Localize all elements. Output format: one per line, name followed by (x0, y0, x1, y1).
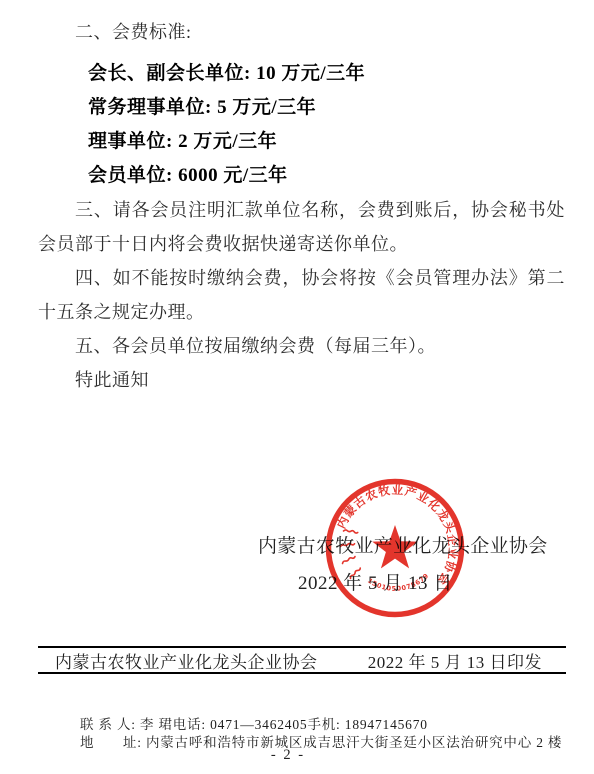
paragraph-payment-term: 五、各会员单位按届缴纳会费（每届三年）。 (38, 329, 565, 363)
page-number: - 2 - (0, 747, 585, 764)
seal-graphic: 内蒙古农牧业产业化龙头企业协会 1501050078679 (323, 476, 467, 620)
paragraph-remittance-receipt: 三、请各会员注明汇款单位名称，会费到账后，协会秘书处会员部于十日内将会费收据快递… (38, 193, 565, 261)
contact-mobile-number: 18947145670 (345, 717, 428, 732)
footer-issue-date: 2022 年 5 月 13 日印发 (368, 648, 542, 673)
footer-issuance-band: 内蒙古农牧业产业化龙头企业协会 2022 年 5 月 13 日印发 (38, 646, 566, 674)
fee-item-member: 会员单位: 6000 元/三年 (88, 159, 565, 193)
document-page: 二、会费标准: 会长、副会长单位: 10 万元/三年 常务理事单位: 5 万元/… (0, 0, 594, 774)
section-heading-fee-standard: 二、会费标准: (38, 14, 565, 50)
contact-phone-label: 电话: (173, 717, 210, 732)
contact-info: 联 系 人: 李 珺电话: 0471—3462405手机: 1894714567… (80, 716, 570, 751)
contact-person-label: 联 系 人: (80, 717, 140, 732)
official-seal-stamp: 内蒙古农牧业产业化龙头企业协会 1501050078679 (323, 476, 467, 620)
contact-mobile-label: 手机: (307, 717, 344, 732)
fee-item-standing-director: 常务理事单位: 5 万元/三年 (88, 91, 565, 125)
contact-person-name: 李 珺 (140, 717, 173, 732)
footer-issuer: 内蒙古农牧业产业化龙头企业协会 (55, 648, 318, 673)
fee-item-director: 理事单位: 2 万元/三年 (88, 125, 565, 159)
seal-code-arc-text: 1501050078679 (366, 571, 431, 592)
contact-line-person: 联 系 人: 李 珺电话: 0471—3462405手机: 1894714567… (80, 716, 570, 734)
document-body: 二、会费标准: 会长、副会长单位: 10 万元/三年 常务理事单位: 5 万元/… (38, 14, 565, 397)
closing-notice: 特此通知 (38, 363, 565, 397)
fee-standard-list: 会长、副会长单位: 10 万元/三年 常务理事单位: 5 万元/三年 理事单位:… (88, 57, 565, 193)
fee-item-president: 会长、副会长单位: 10 万元/三年 (88, 57, 565, 91)
contact-phone-number: 0471—3462405 (210, 717, 307, 732)
seal-mongolian-script-marks (341, 528, 362, 578)
star-icon (372, 525, 418, 568)
paragraph-overdue-handling: 四、如不能按时缴纳会费，协会将按《会员管理办法》第二十五条之规定办理。 (38, 261, 565, 329)
